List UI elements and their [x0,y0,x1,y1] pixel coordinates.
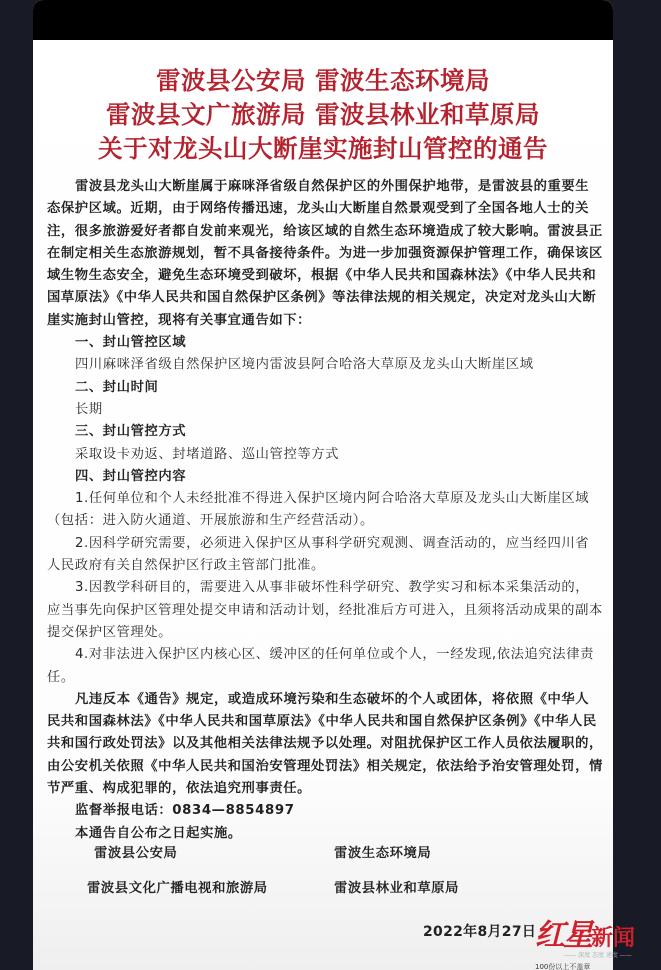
control-item-4: 4.对非法进入保护区内核心区、缓冲区的任何单位或个人，一经发现,依法追究法律责任… [47,644,603,689]
hongxing-news-watermark: 红星新闻 —— 深度 态度 速度 —— 100份以上不盖章 [535,910,661,970]
section-content-2: 长期 [47,399,603,421]
title-line-1: 雷波县公安局 雷波生态环境局 [33,64,613,98]
notice-body: 雷波县龙头山大断崖属于麻咪泽省级自然保护区的外围保护地带，是雷波县的重要生态保护… [47,176,603,845]
section-content-1: 四川麻咪泽省级自然保护区境内雷波县阿合哈洛大草原及龙头山大断崖区域 [47,354,603,376]
section-heading-3: 三、封山管控方式 [47,421,603,443]
control-item-3: 3.因教学科研目的，需要进入从事非破坏性科学研究、教学实习和标本采集活动的，应当… [47,577,603,644]
title-line-3: 关于对龙头山大断崖实施封山管控的通告 [33,132,613,166]
top-black-bar [33,0,613,40]
title-line-2: 雷波县文广旅游局 雷波县林业和草原局 [33,98,613,132]
notice-date: 2022年8月27日 [423,921,536,941]
penalty-paragraph: 凡违反本《通告》规定，或造成环境污染和生态破坏的个人或团体，将依照《中华人民共和… [47,689,603,800]
watermark-logo-text: 新闻 [591,925,635,951]
watermark-logo: 红星新闻 [535,910,635,954]
watermark-note: 100份以上不盖章 [535,962,590,970]
control-item-1: 1.任何单位和个人未经批准不得进入保护区境内阿合哈洛大草原及龙头山大断崖区域（包… [47,488,603,533]
notice-title: 雷波县公安局 雷波生态环境局 雷波县文广旅游局 雷波县林业和草原局 关于对龙头山… [33,64,613,166]
watermark-logo-script: 红星 [535,918,591,953]
intro-paragraph: 雷波县龙头山大断崖属于麻咪泽省级自然保护区的外围保护地带，是雷波县的重要生态保护… [47,176,603,332]
watermark-tagline: —— 深度 态度 速度 —— [535,950,661,959]
signatory-culture-tourism: 雷波县文化广播电视和旅游局 [87,877,268,896]
section-heading-4: 四、封山管控内容 [47,466,603,488]
signatory-forestry-grassland: 雷波县林业和草原局 [334,877,459,896]
notice-document: 雷波县公安局 雷波生态环境局 雷波县文广旅游局 雷波县林业和草原局 关于对龙头山… [33,0,613,970]
section-heading-2: 二、封山时间 [47,377,603,399]
hotline: 监督举报电话：0834—8854897 [47,800,603,822]
signatory-public-security: 雷波县公安局 [94,842,177,861]
signatory-ecology-environment: 雷波生态环境局 [334,842,431,861]
section-content-3: 采取设卡劝返、封堵道路、巡山管控等方式 [47,444,603,466]
control-item-2: 2.因科学研究需要，必须进入保护区从事科学研究观测、调查活动的，应当经四川省人民… [47,533,603,578]
section-heading-1: 一、封山管控区域 [47,332,603,354]
